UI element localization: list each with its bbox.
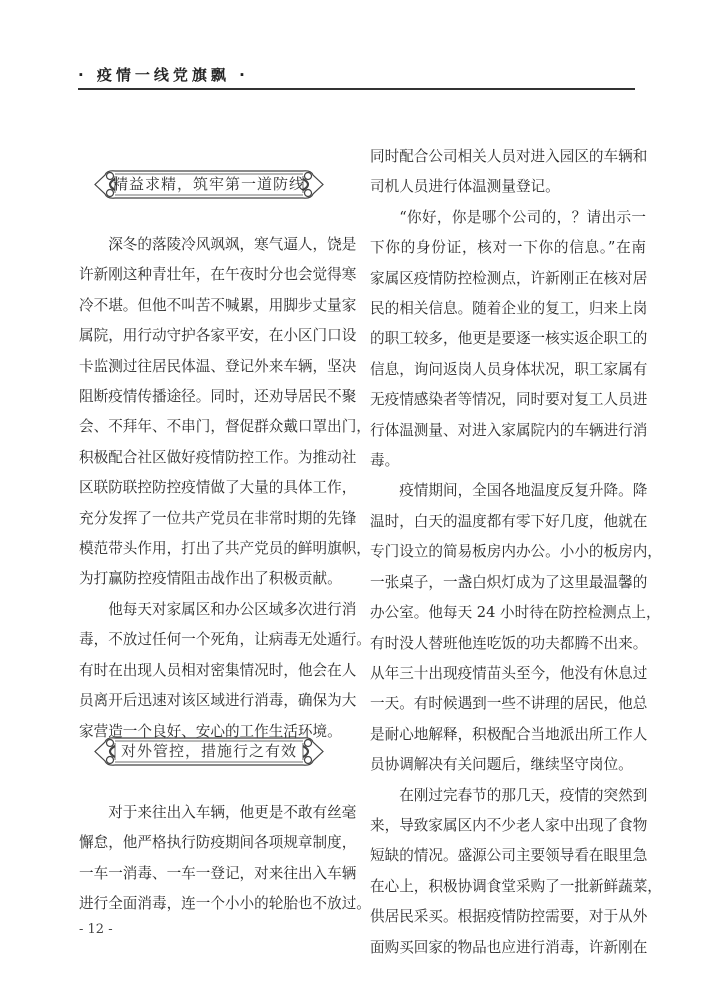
paragraph: 对于来往出入车辆，他更是不敢有丝毫懈怠，他严格执行防疫期间各项规章制度，一车一消… [79, 798, 355, 920]
right-column: 同时配合公司相关人员对进入园区的车辆和司机人员进行体温测量登记。“你好，你是哪个… [370, 142, 646, 963]
text-line: 有时在出现人员相对密集情况时，他会在人 [79, 656, 355, 686]
text-line: 属院，用行动守护各家平安，在小区门口设 [79, 321, 355, 351]
running-head: · 疫情一线党旗飘 · [78, 64, 249, 85]
text-line: 对于来往出入车辆，他更是不敢有丝毫 [79, 798, 355, 828]
text-line: 无疫情感染者等情况，同时要对复工人员进 [370, 385, 646, 415]
paragraph: 同时配合公司相关人员对进入园区的车辆和司机人员进行体温测量登记。 [370, 142, 646, 203]
paragraph: 深冬的落陵冷风飒飒，寒气逼人，饶是许新刚这种青壮年，在午夜时分也会觉得寒冷不堪。… [79, 230, 355, 595]
text-line: 温时，白天的温度都有零下好几度，他就在 [370, 507, 646, 537]
header-rule [78, 88, 635, 90]
text-line: 民的相关信息。随着企业的复工，归来上岗 [370, 294, 646, 324]
text-line: 充分发挥了一位共产党员在非常时期的先锋 [79, 504, 355, 534]
text-line: 为打赢防控疫情阻击战作出了积极贡献。 [79, 564, 355, 594]
text-line: 模范带头作用，打出了共产党员的鲜明旗帜， [79, 534, 355, 564]
text-line: 深冬的落陵冷风飒飒，寒气逼人，饶是 [79, 230, 355, 260]
text-line: 的职工较多，他更是要逐一核实返企职工的 [370, 324, 646, 354]
text-line: 一车一消毒、一车一登记，对来往出入车辆 [79, 859, 355, 889]
text-line: 阻断疫情传播途径。同时，还劝导居民不聚 [79, 382, 355, 412]
section-banner: 精益求精，筑牢第一道防线 [93, 168, 325, 201]
text-line: 毒，不放过任何一个死角，让病毒无处遁行。 [79, 625, 355, 655]
text-line: 供居民采买。根据疫情防控需要，对于从外 [370, 902, 646, 932]
section-banner: 对外管控，措施行之有效 [93, 735, 325, 768]
paragraph: “你好，你是哪个公司的，？请出示一下你的身份证，核对一下你的信息。”在南家属区疫… [370, 203, 646, 477]
text-line: 在刚过完春节的那几天，疫情的突然到 [370, 781, 646, 811]
text-line: 员离开后迅速对该区域进行消毒，确保为大 [79, 686, 355, 716]
text-line: 专门设立的简易板房内办公。小小的板房内， [370, 537, 646, 567]
text-line: 毒。 [370, 446, 646, 476]
text-line: 会、不拜年、不串门，督促群众戴口罩出门， [79, 412, 355, 442]
text-line: 面购买回家的物品也应进行消毒，许新刚在 [370, 933, 646, 963]
text-line: 区联防联控防控疫情做了大量的具体工作， [79, 473, 355, 503]
text-line: 家属区疫情防控检测点，许新刚正在核对居 [370, 264, 646, 294]
section-heading: 对外管控，措施行之有效 [93, 735, 325, 768]
text-line: 司机人员进行体温测量登记。 [370, 172, 646, 202]
text-line: 他每天对家属区和办公区域多次进行消 [79, 595, 355, 625]
text-line: 从年三十出现疫情苗头至今，他没有休息过 [370, 659, 646, 689]
text-line: 疫情期间，全国各地温度反复升降。降 [370, 476, 646, 506]
text-line: 卡监测过往居民体温、登记外来车辆，坚决 [79, 352, 355, 382]
text-line: 在心上，积极协调食堂采购了一批新鲜蔬菜， [370, 872, 646, 902]
text-line: 员协调解决有关问题后，继续坚守岗位。 [370, 750, 646, 780]
section-heading: 精益求精，筑牢第一道防线 [93, 168, 325, 201]
text-line: 行体温测量、对进入家属院内的车辆进行消 [370, 416, 646, 446]
text-line: 有时没人替班他连吃饭的功夫都腾不出来。 [370, 629, 646, 659]
paragraph: 疫情期间，全国各地温度反复升降。降温时，白天的温度都有零下好几度，他就在专门设立… [370, 476, 646, 780]
left-column: 深冬的落陵冷风飒飒，寒气逼人，饶是许新刚这种青壮年，在午夜时分也会觉得寒冷不堪。… [79, 230, 355, 747]
text-line: 积极配合社区做好疫情防控工作。为推动社 [79, 443, 355, 473]
paragraph: 他每天对家属区和办公区域多次进行消毒，不放过任何一个死角，让病毒无处遁行。有时在… [79, 595, 355, 747]
left-column-section-2: 对于来往出入车辆，他更是不敢有丝毫懈怠，他严格执行防疫期间各项规章制度，一车一消… [79, 798, 355, 920]
text-line: 是耐心地解释，积极配合当地派出所工作人 [370, 720, 646, 750]
text-line: 进行全面消毒，连一个小小的轮胎也不放过。 [79, 889, 355, 919]
text-line: 许新刚这种青壮年，在午夜时分也会觉得寒 [79, 260, 355, 290]
text-line: “你好，你是哪个公司的，？请出示一 [370, 203, 646, 233]
paragraph: 在刚过完春节的那几天，疫情的突然到来，导致家属区内不少老人家中出现了食物短缺的情… [370, 781, 646, 963]
text-line: 短缺的情况。盛源公司主要领导看在眼里急 [370, 841, 646, 871]
text-line: 一天。有时候遇到一些不讲理的居民，他总 [370, 689, 646, 719]
text-line: 一张桌子，一盏白炽灯成为了这里最温馨的 [370, 568, 646, 598]
text-line: 信息，询问返岗人员身体状况，职工家属有 [370, 355, 646, 385]
page-number: - 12 - [79, 922, 113, 937]
text-line: 懈怠，他严格执行防疫期间各项规章制度， [79, 828, 355, 858]
text-line: 冷不堪。但他不叫苦不喊累，用脚步丈量家 [79, 291, 355, 321]
text-line: 办公室。他每天 24 小时待在防控检测点上， [370, 598, 646, 628]
text-line: 下你的身份证，核对一下你的信息。”在南 [370, 233, 646, 263]
text-line: 来，导致家属区内不少老人家中出现了食物 [370, 811, 646, 841]
text-line: 同时配合公司相关人员对进入园区的车辆和 [370, 142, 646, 172]
